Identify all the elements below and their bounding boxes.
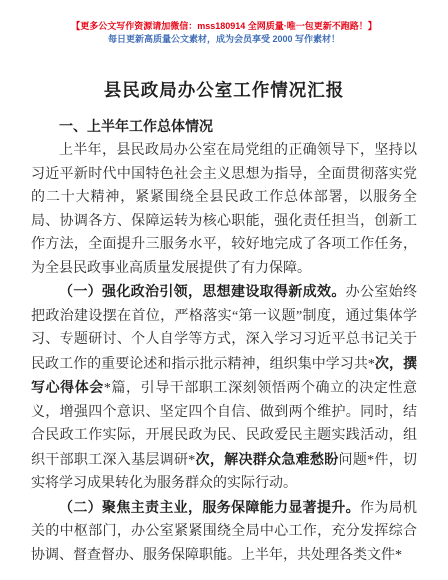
paragraph: 上半年，县民政局办公室在局党组的正确领导下，坚持以习近平新时代中国特色社会主义思…	[31, 139, 417, 280]
document-body: 上半年，县民政局办公室在局党组的正确领导下，坚持以习近平新时代中国特色社会主义思…	[31, 139, 417, 567]
page-number: 1	[0, 551, 448, 562]
paragraph-bold-run: （二）聚焦主责主业，服务保障能力显著提升。	[59, 499, 360, 515]
paragraph-bold-run: 次，解决群众急难愁盼	[195, 451, 338, 467]
section-heading: 一、上半年工作总体情况	[31, 115, 417, 137]
document-page: 【更多公文写作资源请加微信：mss180914 全网质量·唯一包更新不跑路！】 …	[0, 0, 448, 580]
promo-line-blue: 每日更新高质量公文素材，成为会员享受 2000 写作素材！	[0, 33, 448, 46]
promo-line-red: 【更多公文写作资源请加微信：mss180914 全网质量·唯一包更新不跑路！】	[0, 20, 448, 33]
paragraph-run: 上半年，县民政局办公室在局党组的正确领导下，坚持以习近平新时代中国特色社会主义思…	[31, 143, 417, 276]
paragraph: （一）强化政治引领，思想建设取得新成效。办公室始终把政治建设摆在首位，严格落实“…	[31, 280, 417, 496]
document-title: 县民政局办公室工作情况汇报	[31, 78, 417, 102]
promo-header: 【更多公文写作资源请加微信：mss180914 全网质量·唯一包更新不跑路！】 …	[0, 0, 448, 46]
paragraph-bold-run: （一）强化政治引领，思想建设取得新成效。	[59, 283, 346, 299]
